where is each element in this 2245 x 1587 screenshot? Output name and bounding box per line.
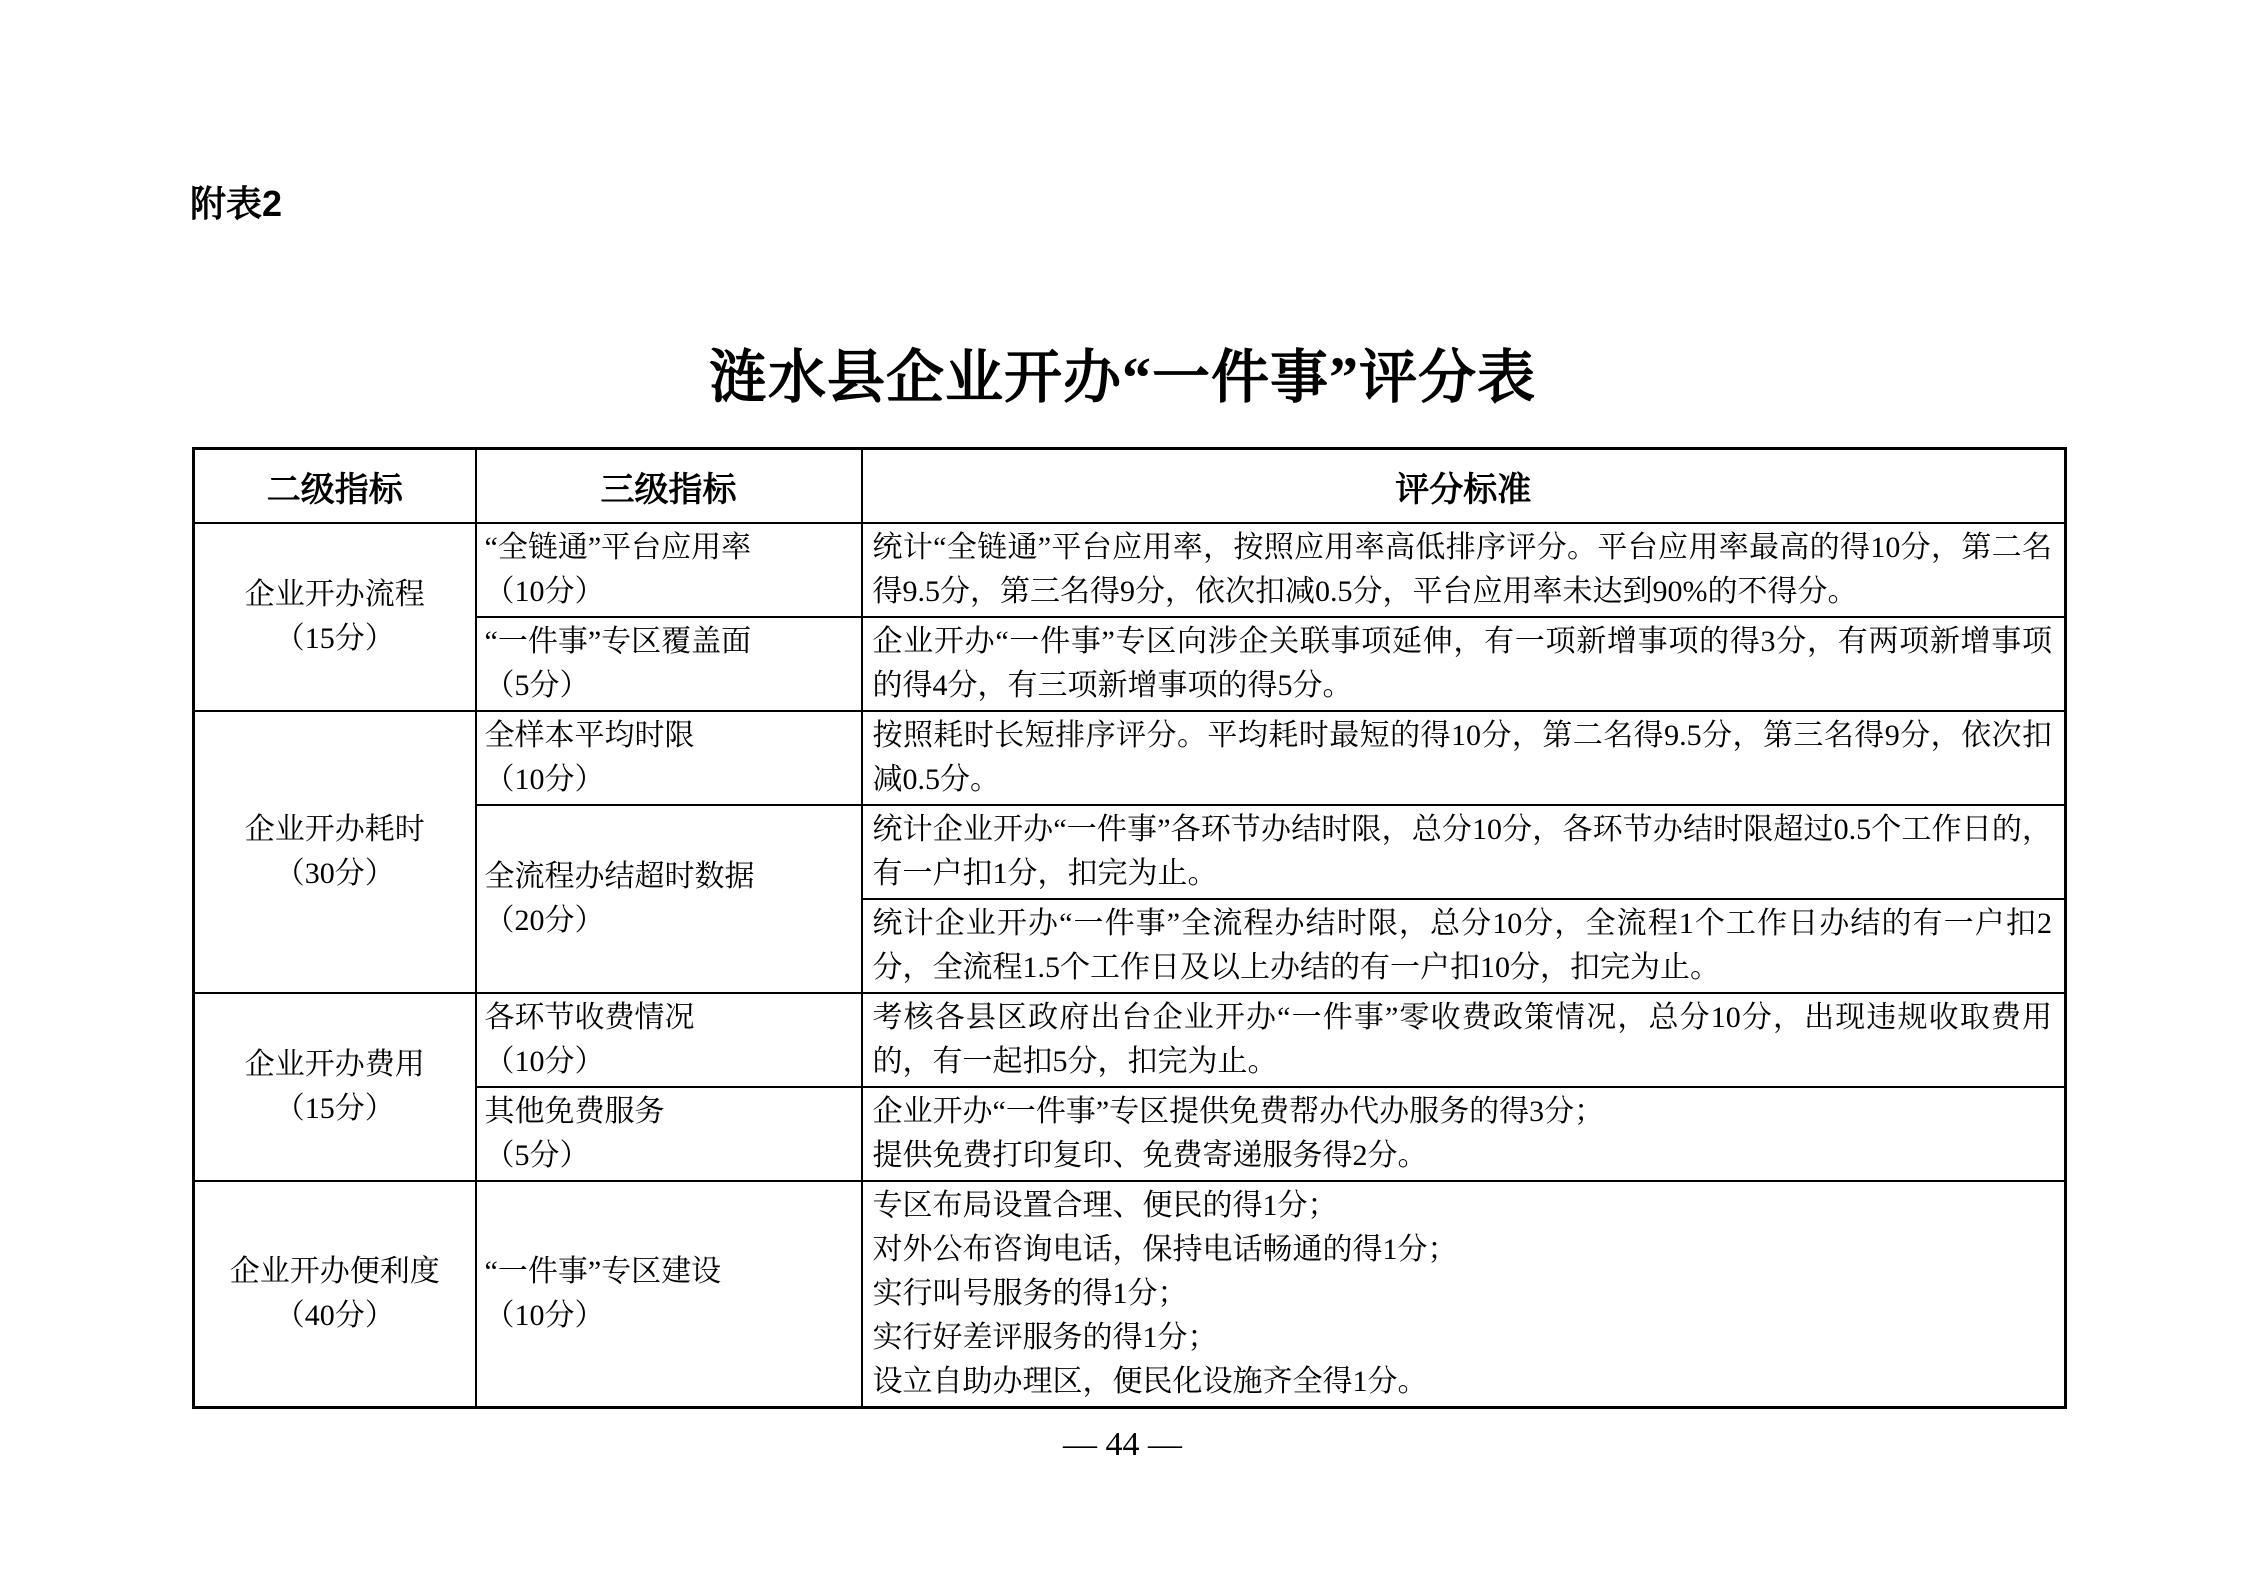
criteria-cell-step-fees: 考核各县区政府出台企业开办“一件事”零收费政策情况，总分10分，出现违规收取费用… — [862, 993, 2066, 1087]
table-row: 企业开办耗时 （30分） 全样本平均时限 （10分） 按照耗时长短排序评分。平均… — [194, 711, 2066, 805]
criteria-cell-sample-average: 按照耗时长短排序评分。平均耗时最短的得10分，第二名得9.5分，第三名得9分，依… — [862, 711, 2066, 805]
header-level2-indicator: 二级指标 — [194, 449, 476, 524]
level2-cell-cost: 企业开办费用 （15分） — [194, 993, 476, 1181]
criteria-cell-zone-coverage: 企业开办“一件事”专区向涉企关联事项延伸，有一项新增事项的得3分，有两项新增事项… — [862, 617, 2066, 711]
header-level3-indicator: 三级指标 — [476, 449, 862, 524]
header-row: 二级指标 三级指标 评分标准 — [194, 449, 2066, 524]
header-scoring-criteria: 评分标准 — [862, 449, 2066, 524]
page-number: — 44 — — [0, 1426, 2245, 1464]
criteria-cell-platform-usage: 统计“全链通”平台应用率，按照应用率高低排序评分。平台应用率最高的得10分，第二… — [862, 523, 2066, 617]
scoring-table: 二级指标 三级指标 评分标准 企业开办流程 （15分） “全链通”平台应用率 （… — [192, 447, 2067, 1409]
table-row: 企业开办便利度 （40分） “一件事”专区建设 （10分） 专区布局设置合理、便… — [194, 1181, 2066, 1408]
level3-cell-free-services: 其他免费服务 （5分） — [476, 1087, 862, 1181]
criteria-cell-zone-construction: 专区布局设置合理、便民的得1分； 对外公布咨询电话，保持电话畅通的得1分； 实行… — [862, 1181, 2066, 1408]
criteria-cell-free-services: 企业开办“一件事”专区提供免费帮办代办服务的得3分； 提供免费打印复印、免费寄递… — [862, 1087, 2066, 1181]
level3-cell-platform-usage: “全链通”平台应用率 （10分） — [476, 523, 862, 617]
level3-cell-zone-construction: “一件事”专区建设 （10分） — [476, 1181, 862, 1408]
level3-cell-step-fees: 各环节收费情况 （10分） — [476, 993, 862, 1087]
criteria-cell-overtime-full-process: 统计企业开办“一件事”全流程办结时限，总分10分，全流程1个工作日办结的有一户扣… — [862, 899, 2066, 993]
page-title: 涟水县企业开办“一件事”评分表 — [0, 330, 2245, 414]
level2-cell-convenience: 企业开办便利度 （40分） — [194, 1181, 476, 1408]
table-row: 企业开办费用 （15分） 各环节收费情况 （10分） 考核各县区政府出台企业开办… — [194, 993, 2066, 1087]
criteria-cell-overtime-steps: 统计企业开办“一件事”各环节办结时限，总分10分，各环节办结时限超过0.5个工作… — [862, 805, 2066, 899]
level3-cell-overtime-data: 全流程办结超时数据 （20分） — [476, 805, 862, 993]
level3-cell-zone-coverage: “一件事”专区覆盖面 （5分） — [476, 617, 862, 711]
level2-cell-time: 企业开办耗时 （30分） — [194, 711, 476, 993]
appendix-label: 附表2 — [190, 176, 282, 227]
level2-cell-process: 企业开办流程 （15分） — [194, 523, 476, 711]
level3-cell-sample-average: 全样本平均时限 （10分） — [476, 711, 862, 805]
table-row: 企业开办流程 （15分） “全链通”平台应用率 （10分） 统计“全链通”平台应… — [194, 523, 2066, 617]
